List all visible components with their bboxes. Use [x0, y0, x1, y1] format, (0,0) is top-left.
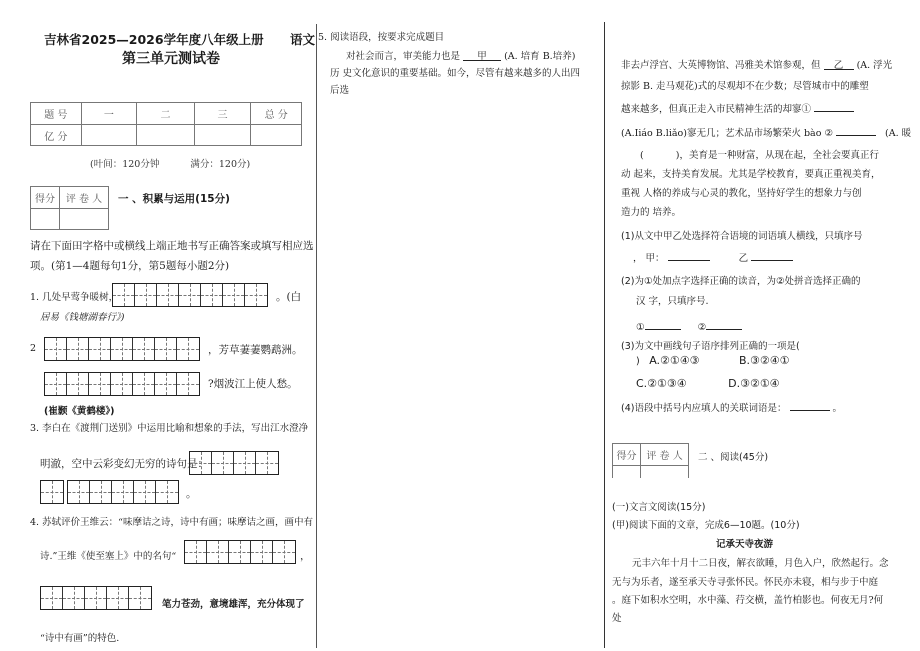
classical-passage-line: 处: [612, 610, 622, 624]
q4-line1: 4. 苏轼评价王维云：“味摩诘之诗，诗中有画；味摩诘之画，画中有: [30, 514, 313, 528]
blank-circle-2[interactable]: [836, 123, 876, 136]
q5-paragraph-line3: 后选: [330, 82, 349, 96]
subq2-circle-2: ②: [698, 322, 707, 333]
q2-suffix2: ?烟波江上使人愁。: [208, 376, 298, 391]
q5-paragraph-line2: 历 史文化意识的重要基础。如今，尽管有越来越多的人出四: [330, 65, 580, 79]
subq3-paren-close: ): [636, 356, 640, 367]
q5-paragraph-line1: 对社会而言，审美能力也是 甲 (A. 培育 B.培养): [346, 48, 575, 62]
q1-suffix: 。(白: [276, 289, 301, 304]
q2-number: 2: [30, 343, 36, 354]
option-c[interactable]: C.②①③④: [636, 377, 687, 390]
q4-mid: ，: [300, 548, 311, 563]
passage-text: )，美育是一种财富，从现在起，全社会要真正行: [676, 150, 879, 161]
column-divider-right: [604, 22, 605, 648]
score-table-header: 题 号: [31, 103, 82, 125]
q1-source: 居易《钱塘湖春行》): [40, 309, 124, 323]
passage-text: 越来越多，但真正走入市民精神生活的却寥①: [621, 104, 811, 115]
score-table-header: 总 分: [251, 103, 302, 125]
blank-circle-1[interactable]: [814, 99, 854, 112]
grader-name-label: 评 卷 人: [641, 444, 689, 466]
subq3-options-row1: ) A.②①④③ B.③②④①: [636, 354, 790, 367]
exam-subject: 语文: [290, 32, 315, 47]
passage-line5: ( )，美育是一种财富，从现在起，全社会要真正行: [640, 147, 879, 161]
q3-line1: 3. 李白在《渡荆门送别》中运用比喻和想象的手法，写出江水澄净: [30, 420, 308, 434]
section2-title: 二 、阅读(45分): [698, 449, 768, 463]
q4-answer-grid-2[interactable]: [40, 586, 152, 610]
q1-prefix: 1. 几处早莺争暖树，: [30, 289, 118, 303]
passage-line3: 越来越多，但真正走入市民精神生活的却寥①: [621, 99, 854, 115]
subq4-end: 。: [833, 403, 843, 414]
score-table-header: 一: [81, 103, 137, 125]
passage-text: (A. 暖: [885, 128, 911, 139]
q5-text: 对社会而言，审美能力也是: [346, 51, 460, 62]
option-a[interactable]: A.②①④③: [649, 354, 699, 367]
score-cell[interactable]: [251, 125, 302, 146]
q5-title: 5. 阅读语段，按要求完成题目: [318, 29, 444, 43]
passage-line1: 非去卢浮宫、大英博物馆、冯雅美术馆参观，但 乙 (A. 浮光: [621, 57, 892, 71]
exam-title-text: 吉林省2025—2026学年度八年级上册: [44, 32, 264, 47]
q2-source: (崔颢《黄鹤楼》): [44, 403, 114, 417]
q4-line2: 诗.”王维《使至塞上》中的名句“: [40, 548, 176, 562]
exam-time: (叶间：120分钟: [90, 159, 159, 170]
option-b[interactable]: B.③②④①: [739, 354, 790, 367]
exam-title-line2: 第三单元测试卷: [122, 48, 220, 68]
passage-line4: (A.Iiáo B.liǎo)寥无几；艺术品市场繁荣火 bào ② (A. 暖: [621, 123, 911, 139]
blank-jia[interactable]: 甲: [463, 48, 501, 61]
q5-options-jia: (A. 培育 B.培养): [504, 51, 575, 62]
score-cell[interactable]: [137, 125, 195, 146]
subq3-line1: (3)为文中画线句子语序排列正确的一项是(: [621, 338, 800, 352]
subq1-jia-label: ， 甲：: [633, 253, 665, 264]
section1-title: 一 、积累与运用(15分): [118, 191, 230, 206]
q4-line3: 笔力苍劲，意境雄浑，充分体现了: [162, 596, 305, 610]
exam-info: (叶间：120分钟 满分：120分): [90, 156, 250, 170]
column-divider-left: [316, 24, 317, 648]
exam-title-line1: 吉林省2025—2026学年度八年级上册 语文: [44, 30, 315, 48]
q3-answer-grid-2b[interactable]: [67, 480, 179, 504]
passage-text: 非去卢浮宫、大英博物馆、冯雅美术馆参观，但: [621, 60, 821, 71]
score-cell[interactable]: [81, 125, 137, 146]
score-table-header: 二: [137, 103, 195, 125]
passage-line8: 造力的 培养。: [621, 204, 681, 218]
q2-answer-grid-2[interactable]: [44, 372, 200, 396]
passage-title: 记承天寺夜游: [716, 536, 773, 550]
passage-text: (A.Iiáo B.liǎo)寥无几；艺术品市场繁荣火 bào ②: [621, 128, 833, 139]
subq2-line2: 汉 字，只填序号.: [636, 293, 709, 307]
grader-score-label: 得分: [31, 187, 60, 209]
classical-passage-line: 无与为乐者，遂至承天寺寻张怀民。怀民亦未寝，相与步于中庭: [612, 574, 878, 588]
passage-line2: 掠影 B. 走马观花)式的尽观却不在少数；尽管城市中的雕塑: [621, 78, 869, 92]
subq4-input[interactable]: [790, 398, 830, 411]
blank-yi-label: 乙: [834, 60, 844, 71]
grader-table-1: 得分 评 卷 人: [30, 186, 109, 230]
subq1-line1: (1)从文中甲乙处选择符合语境的词语填人横线，只填序号: [621, 228, 862, 242]
subq2-input-2[interactable]: [706, 317, 742, 330]
classical-passage-line: 元丰六年十月十二日夜，解衣欲睡，月色入户，欣然起行。念: [632, 555, 889, 569]
q3-answer-grid-1[interactable]: [189, 451, 279, 475]
grader-table-2: 得分 评 卷 人: [612, 443, 689, 478]
q1-answer-grid[interactable]: [112, 283, 268, 307]
subq2-circle-1: ①: [636, 322, 645, 333]
q2-suffix1: ，芳草萋萋鹦鹉洲。: [208, 342, 303, 357]
q4-line4: “诗中有画”的特色.: [40, 630, 119, 644]
subq1-yi-input[interactable]: [751, 248, 793, 261]
classical-passage-line: 。庭下如积水空明，水中藻、荇交横，盖竹柏影也。何夜无月?何: [612, 592, 883, 606]
score-cell[interactable]: [194, 125, 251, 146]
subq3-options-row2: C.②①③④ D.③②①④: [636, 377, 780, 390]
passage-line6: 动 起来，支持美育发展。尤其是学校教育，要真正重视美育，: [621, 166, 881, 180]
subq4-text: (4)语段中括号内应填人的关联词语是：: [621, 403, 786, 414]
q3-answer-grid-2a[interactable]: [40, 480, 64, 504]
passage-line7: 重视 人格的养成与心灵的教化，坚持好学生的想象力与创: [621, 185, 862, 199]
blank-yi[interactable]: 乙: [824, 57, 854, 70]
grader-score-cell[interactable]: [31, 209, 60, 230]
instructions-line2: 项。(第1—4题每句1分，第5题每小题2分): [30, 258, 229, 273]
blank-jia-label: 甲: [477, 51, 487, 62]
grader-name-cell[interactable]: [641, 466, 689, 478]
exam-full-score: 满分：120分): [190, 159, 250, 170]
subq1-yi-label: 乙: [739, 253, 749, 264]
score-table-label: 亿 分: [31, 125, 82, 146]
grader-name-label: 评 卷 人: [60, 187, 109, 209]
score-table: 题 号 一 二 三 总 分 亿 分: [30, 102, 302, 146]
subq1-line2: ， 甲： 乙: [633, 248, 793, 264]
q4-answer-grid-1[interactable]: [184, 540, 296, 564]
option-d[interactable]: D.③②①④: [728, 377, 779, 390]
score-table-header: 三: [194, 103, 251, 125]
grader-score-cell[interactable]: [613, 466, 641, 478]
subq4-line1: (4)语段中括号内应填人的关联词语是： 。: [621, 398, 842, 414]
grader-score-label: 得分: [613, 444, 641, 466]
subq2-line1: (2)为①处加点字选择正确的读音，为②处拼音选择正确的: [621, 273, 861, 287]
q3-end: 。: [186, 486, 197, 501]
paren-open: (: [640, 150, 644, 161]
q2-answer-grid-1[interactable]: [44, 337, 200, 361]
subq1-jia-input[interactable]: [668, 248, 710, 261]
q5-options-yi: (A. 浮光: [857, 60, 893, 71]
subq2-input-1[interactable]: [645, 317, 681, 330]
instructions-line1: 请在下面田字格中或横线上端正地书写正确答案或填写相应选: [30, 238, 314, 253]
section2-sub1: (一)文言文阅读(15分): [612, 499, 705, 513]
grader-name-cell[interactable]: [60, 209, 109, 230]
q3-line2: 明澈，空中云彩变幻无穷的诗句是：: [40, 456, 208, 471]
subq2-answers: ① ②: [636, 317, 742, 333]
section2-sub2: (甲)阅读下面的文章，完成6—10题。(10分): [612, 517, 800, 531]
